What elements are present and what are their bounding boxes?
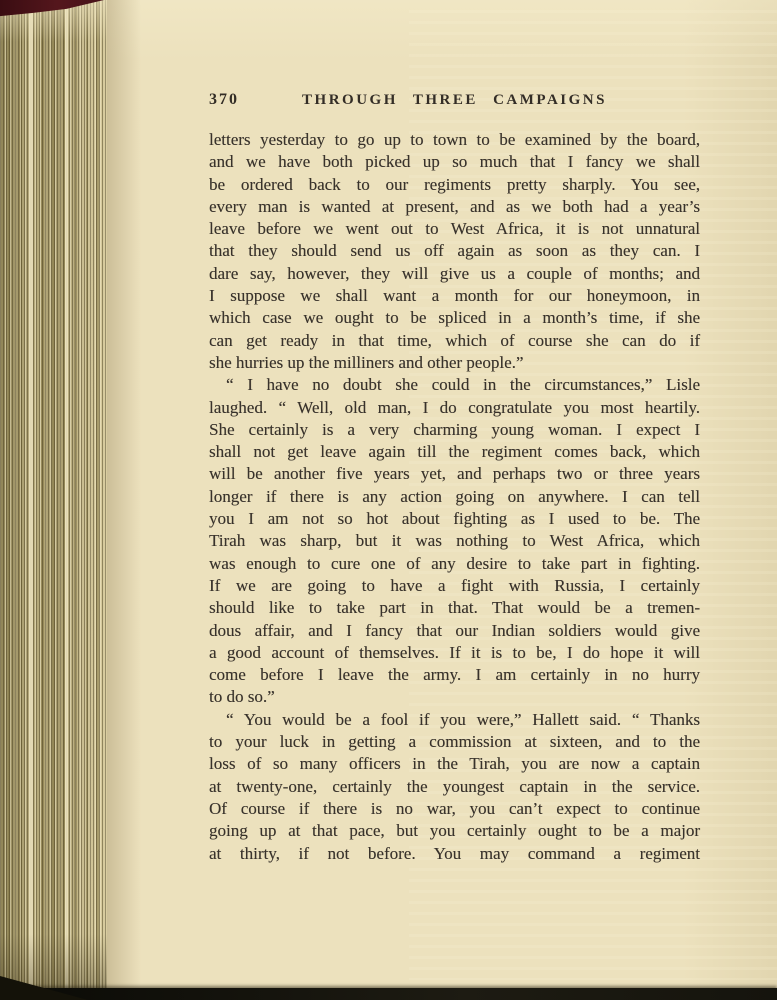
text-line: can get ready in that time, which of cou… <box>209 330 700 352</box>
text-line: dare say, however, they will give us a c… <box>209 263 700 285</box>
text-line: come before I leave the army. I am certa… <box>209 664 700 686</box>
text-line: to your luck in getting a commission at … <box>209 731 700 753</box>
text-line: she hurries up the milliners and other p… <box>209 352 700 374</box>
book-page: 370 THROUGH THREE CAMPAIGNS letters yest… <box>107 0 777 1000</box>
text-line: laughed. “ Well, old man, I do congratul… <box>209 397 700 419</box>
text-line: leave before we went out to West Africa,… <box>209 218 700 240</box>
text-line: was enough to cure one of any desire to … <box>209 553 700 575</box>
text-line: “ I have no doubt she could in the circu… <box>209 374 700 396</box>
text-line: shall not get leave again till the regim… <box>209 441 700 463</box>
text-line: letters yesterday to go up to town to be… <box>209 129 700 151</box>
book-bottom-shadow <box>0 988 777 1000</box>
paragraph: “ I have no doubt she could in the circu… <box>209 374 700 708</box>
running-title: THROUGH THREE CAMPAIGNS <box>209 90 700 110</box>
paragraph: letters yesterday to go up to town to be… <box>209 129 700 374</box>
text-line: at twenty-one, certainly the youngest ca… <box>209 776 700 798</box>
text-line: will be another five years yet, and perh… <box>209 463 700 485</box>
text-line: every man is wanted at present, and as w… <box>209 196 700 218</box>
text-line: Tirah was sharp, but it was nothing to W… <box>209 530 700 552</box>
text-line: dous affair, and I fancy that our Indian… <box>209 620 700 642</box>
text-line: should like to take part in that. That w… <box>209 597 700 619</box>
running-head: 370 THROUGH THREE CAMPAIGNS <box>209 90 700 110</box>
paragraph: “ You would be a fool if you were,” Hall… <box>209 709 700 865</box>
page-text: letters yesterday to go up to town to be… <box>209 129 700 865</box>
book-page-edges <box>0 0 107 989</box>
text-line: She certainly is a very charming young w… <box>209 419 700 441</box>
page-number: 370 <box>209 90 239 110</box>
text-line: If we are going to have a fight with Rus… <box>209 575 700 597</box>
text-line: to do so.” <box>209 686 700 708</box>
book-scan: 370 THROUGH THREE CAMPAIGNS letters yest… <box>0 0 777 1000</box>
page-edge-highlight <box>65 0 68 989</box>
text-line: going up at that pace, but you certainly… <box>209 820 700 842</box>
text-line: Of course if there is no war, you can’t … <box>209 798 700 820</box>
page-edge-highlight <box>29 0 33 989</box>
text-line: be ordered back to our regiments pretty … <box>209 174 700 196</box>
text-line: a good account of themselves. If it is t… <box>209 642 700 664</box>
text-line: “ You would be a fool if you were,” Hall… <box>209 709 700 731</box>
text-line: loss of so many officers in the Tirah, y… <box>209 753 700 775</box>
text-line: and we have both picked up so much that … <box>209 151 700 173</box>
text-line: longer if there is any action going on a… <box>209 486 700 508</box>
text-line: that they should send us off again as so… <box>209 240 700 262</box>
text-line: you I am not so hot about fighting as I … <box>209 508 700 530</box>
text-line: which case we ought to be spliced in a m… <box>209 307 700 329</box>
text-line: at thirty, if not before. You may comman… <box>209 843 700 865</box>
text-line: I suppose we shall want a month for our … <box>209 285 700 307</box>
